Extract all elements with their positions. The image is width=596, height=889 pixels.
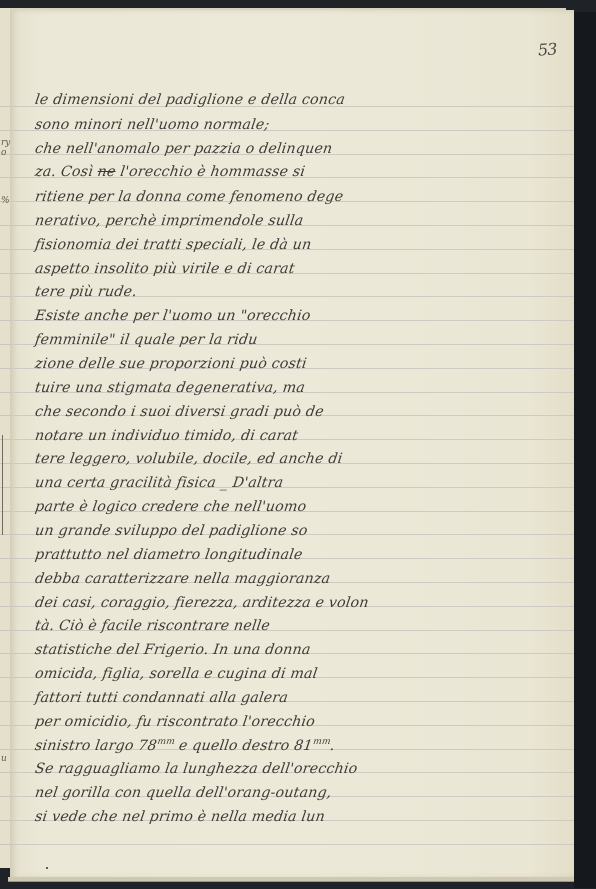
- manuscript-line: tuire una stigmata degenerativa, ma: [34, 380, 306, 396]
- facing-page-ruled-line: [0, 701, 10, 702]
- facing-page-ruled-line: [0, 677, 10, 678]
- manuscript-line: dei casi, coraggio, fierezza, arditezza …: [34, 595, 370, 611]
- manuscript-scan: ryo%u 53 le dimensioni del padiglione e …: [0, 0, 596, 889]
- unit-superscript: mm: [312, 737, 331, 747]
- facing-page-ruled-line: [0, 630, 10, 631]
- facing-page-mark: u: [1, 754, 7, 764]
- manuscript-line: tere più rude.: [34, 284, 138, 300]
- facing-page-ruled-line: [0, 772, 10, 773]
- facing-page-ruled-line: [0, 368, 10, 369]
- facing-page-ruled-line: [0, 249, 10, 250]
- unit-superscript: mm: [157, 737, 176, 747]
- page-bottom-edge: [8, 877, 574, 882]
- manuscript-line: per omicidio, fu riscontrato l'orecchio: [34, 714, 316, 730]
- manuscript-line: parte è logico credere che nell'uomo: [34, 499, 307, 515]
- facing-page-ruled-line: [0, 130, 10, 131]
- manuscript-line: le dimensioni del padiglione e della con…: [34, 92, 346, 108]
- manuscript-line: nerativo, perchè imprimendole sulla: [34, 213, 304, 229]
- facing-page-mark: %: [1, 196, 10, 206]
- manuscript-line: una certa gracilità fisica _ D'altra: [34, 475, 284, 491]
- manuscript-line: notare un individuo timido, di carat: [34, 428, 299, 444]
- facing-page-mark: ry: [1, 138, 10, 148]
- page-number: 53: [537, 39, 557, 59]
- manuscript-line: statistiche del Frigerio. In una donna: [34, 642, 312, 658]
- manuscript-line: omicida, figlia, sorella e cugina di mal: [34, 666, 319, 682]
- manuscript-line: Esiste anche per l'uomo un "orecchio: [34, 308, 312, 324]
- manuscript-line: che nell'anomalo per pazzia o delinquen: [34, 141, 333, 157]
- facing-page-ruled-line: [0, 606, 10, 607]
- line-text: e quello destro 81: [173, 738, 314, 754]
- facing-page-ruled-line: [0, 415, 10, 416]
- manuscript-line: sono minori nell'uomo normale;: [34, 117, 271, 133]
- manuscript-line: fisionomia dei tratti speciali, le dà un: [34, 237, 313, 253]
- manuscript-line: tere leggero, volubile, docile, ed anche…: [34, 451, 344, 467]
- manuscript-line: che secondo i suoi diversi gradi può de: [34, 404, 325, 420]
- manuscript-line: tà. Ciò è facile riscontrare nelle: [34, 618, 271, 634]
- manuscript-line: fattori tutti condannati alla galera: [34, 690, 289, 706]
- manuscript-line: sinistro largo 78mm e quello destro 81mm…: [34, 737, 336, 754]
- facing-page-ruled-line: [0, 796, 10, 797]
- manuscript-line: aspetto insolito più virile e di carat: [34, 261, 296, 277]
- facing-page-ruled-line: [0, 582, 10, 583]
- facing-page-ruled-line: [0, 820, 10, 821]
- manuscript-line: prattutto nel diametro longitudinale: [34, 547, 304, 563]
- margin-vertical-mark: [2, 435, 3, 535]
- facing-page-ruled-line: [0, 558, 10, 559]
- ruled-line: [10, 844, 574, 845]
- manuscript-line: un grande sviluppo del padiglione so: [34, 523, 309, 539]
- line-text: sinistro largo 78: [34, 738, 158, 754]
- manuscript-line: ritiene per la donna come fenomeno dege: [34, 189, 344, 205]
- facing-page-ruled-line: [0, 344, 10, 345]
- facing-page-ruled-line: [0, 749, 10, 750]
- ink-dot: [46, 867, 48, 869]
- facing-page-mark: o: [1, 148, 6, 158]
- manuscript-line: Se ragguagliamo la lunghezza dell'orecch…: [34, 761, 359, 777]
- manuscript-line: si vede che nel primo è nella media lun: [34, 809, 326, 825]
- manuscript-line: nel gorilla con quella dell'orang-outang…: [34, 785, 333, 801]
- line-text: .: [329, 738, 336, 754]
- facing-page-ruled-line: [0, 725, 10, 726]
- manuscript-page: 53 le dimensioni del padiglione e della …: [10, 10, 574, 878]
- facing-page-ruled-line: [0, 177, 10, 178]
- manuscript-line: femminile" il quale per la ridu: [34, 332, 259, 348]
- facing-page-ruled-line: [0, 296, 10, 297]
- facing-page-ruled-line: [0, 225, 10, 226]
- manuscript-line: zione delle sue proporzioni può costi: [34, 356, 308, 372]
- facing-page-ruled-line: [0, 273, 10, 274]
- manuscript-line: debba caratterizzare nella maggioranza: [34, 571, 331, 587]
- facing-page-ruled-line: [0, 392, 10, 393]
- facing-page-ruled-line: [0, 653, 10, 654]
- facing-page-ruled-line: [0, 320, 10, 321]
- facing-page-ruled-line: [0, 106, 10, 107]
- binding-shadow: [574, 12, 596, 888]
- facing-page-ruled-line: [0, 844, 10, 845]
- line-text: za. Così: [34, 164, 99, 180]
- line-text: l'orecchio è hommasse si: [114, 164, 306, 180]
- manuscript-line: za. Così ne l'orecchio è hommasse si: [34, 164, 306, 180]
